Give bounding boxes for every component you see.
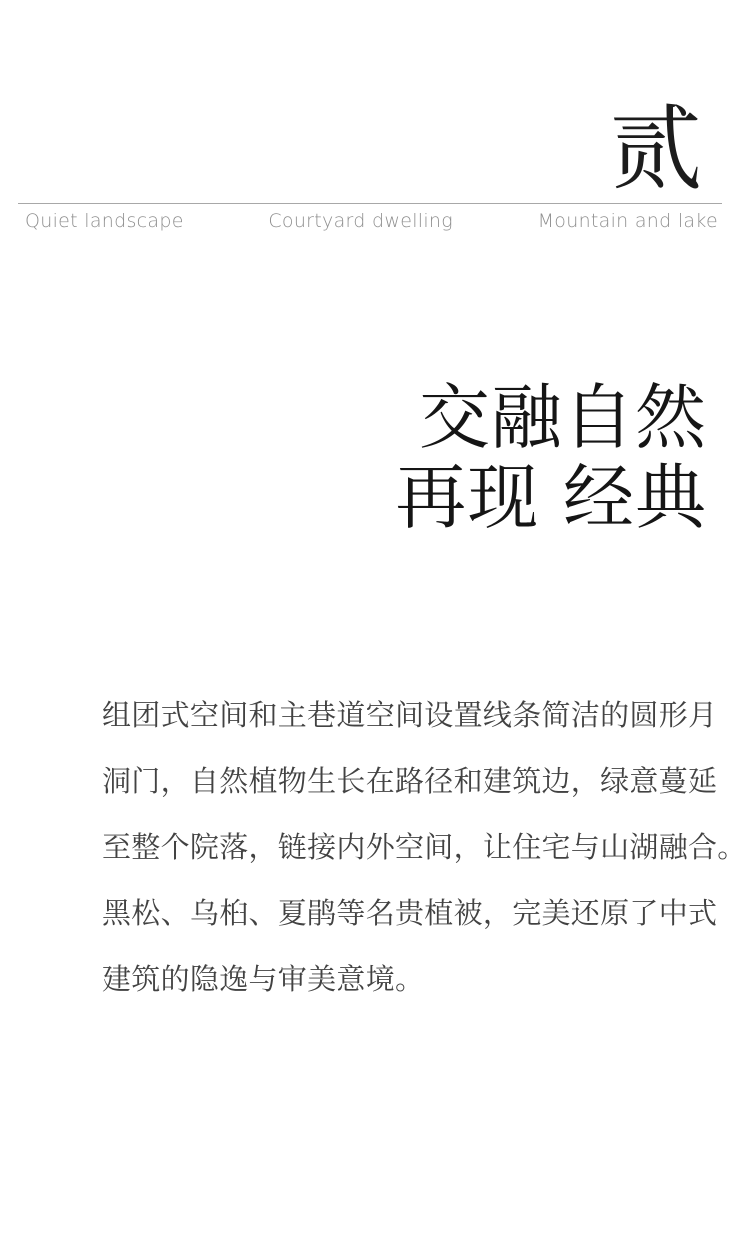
article-page: 贰 Quiet landscape Courtyard dwelling Mou… — [0, 0, 740, 1253]
caption-courtyard-dwelling: Courtyard dwelling — [268, 209, 453, 233]
body-paragraph-line: 至整个院落，链接内外空间，让住宅与山湖融合。 — [102, 814, 732, 880]
body-paragraph-line: 黑松、乌桕、夏鹃等名贵植被，完美还原了中式 — [102, 880, 732, 946]
headline-line-2: 再现 经典 — [395, 458, 707, 538]
body-paragraph-line: 组团式空间和主巷道空间设置线条简洁的圆形月 — [102, 682, 732, 748]
headline-line-1: 交融自然 — [395, 378, 707, 458]
section-caption-row: Quiet landscape Courtyard dwelling Mount… — [25, 209, 718, 233]
body-paragraph-line: 洞门，自然植物生长在路径和建筑边，绿意蔓延 — [102, 748, 732, 814]
body-paragraph-line: 建筑的隐逸与审美意境。 — [102, 946, 732, 1012]
caption-mountain-and-lake: Mountain and lake — [538, 209, 718, 233]
section-headline: 交融自然 再现 经典 — [395, 378, 707, 538]
section-divider-line — [18, 203, 722, 204]
body-paragraph: 组团式空间和主巷道空间设置线条简洁的圆形月 洞门，自然植物生长在路径和建筑边，绿… — [102, 682, 732, 1012]
chapter-number: 贰 — [610, 104, 702, 196]
caption-quiet-landscape: Quiet landscape — [25, 209, 184, 233]
